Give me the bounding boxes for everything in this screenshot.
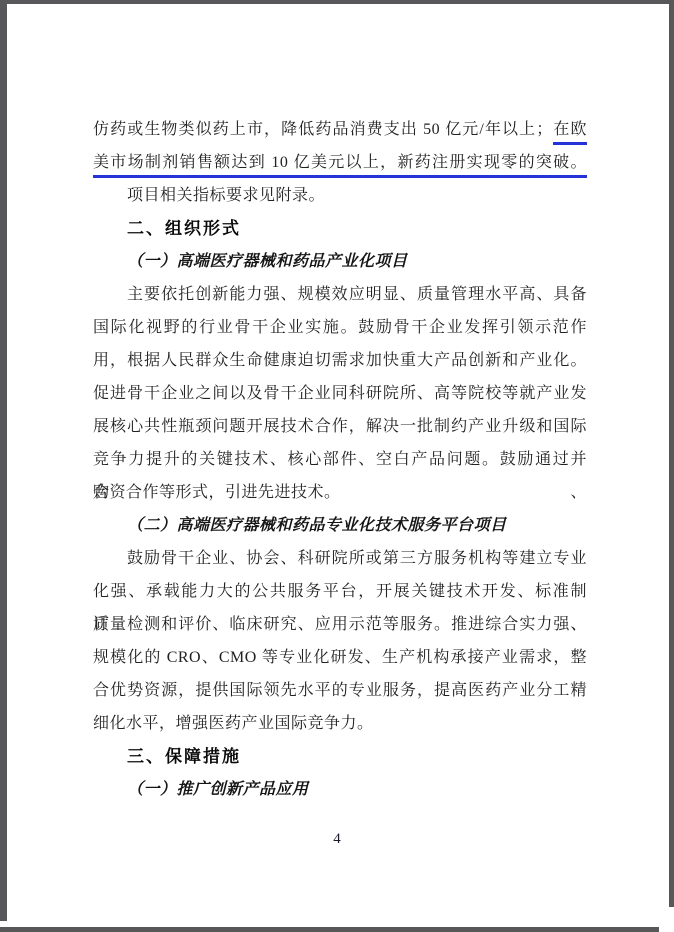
text-segment: 规模化的 CRO、CMO 等专业化研发、生产机构承接产业需求，整: [93, 649, 587, 666]
text-line: 美市场制剂销售额达到 10 亿美元以上，新药注册实现零的突破。: [93, 146, 587, 179]
subsection-heading: （一）推广创新产品应用: [93, 773, 587, 806]
section-heading: 三、保障措施: [93, 740, 587, 773]
scan-edge-right: [669, 0, 674, 907]
text-segment: 三、保障措施: [127, 747, 241, 766]
text-line: 国际化视野的行业骨干企业实施。鼓励骨干企业发挥引领示范作: [93, 311, 587, 344]
subsection-heading: （二）高端医疗器械和药品专业化技术服务平台项目: [93, 509, 587, 542]
text-segment: 促进骨干企业之间以及骨干企业同科研院所、高等院校等就产业发: [93, 385, 587, 402]
scan-edge-bottom: [0, 927, 659, 932]
text-line: 主要依托创新能力强、规模效应明显、质量管理水平高、具备: [93, 278, 587, 311]
section-heading: 二、组织形式: [93, 212, 587, 245]
text-segment: （二）高端医疗器械和药品专业化技术服务平台项目: [127, 517, 507, 534]
underlined-text: 美市场制剂销售额达到 10 亿美元以上，新药注册实现零的突破。: [93, 154, 587, 178]
text-line: 项目相关指标要求见附录。: [93, 179, 587, 212]
text-segment: （一）推广创新产品应用: [127, 781, 309, 798]
text-line: 展核心共性瓶颈问题开展技术合作，解决一批制约产业升级和国际: [93, 410, 587, 443]
text-line: 促进骨干企业之间以及骨干企业同科研院所、高等院校等就产业发: [93, 377, 587, 410]
text-line: 细化水平，增强医药产业国际竞争力。: [93, 707, 587, 740]
text-segment: 质量检测和评价、临床研究、应用示范等服务。推进综合实力强、: [93, 616, 587, 633]
document-content: 仿药或生物类似药上市，降低药品消费支出 50 亿元/年以上；在欧美市场制剂销售额…: [93, 113, 587, 806]
text-segment: 主要依托创新能力强、规模效应明显、质量管理水平高、具备: [127, 286, 587, 303]
page-number: 4: [0, 831, 674, 848]
scan-edge-top: [0, 0, 674, 4]
text-segment: 用，根据人民群众生命健康迫切需求加快重大产品创新和产业化。: [93, 352, 587, 369]
text-segment: 项目相关指标要求见附录。: [127, 187, 325, 204]
text-segment: 合资合作等形式，引进先进技术。: [93, 484, 341, 501]
text-line: 化强、承载能力大的公共服务平台，开展关键技术开发、标准制订、: [93, 575, 587, 608]
underlined-text: 在欧: [553, 121, 587, 145]
text-line: 用，根据人民群众生命健康迫切需求加快重大产品创新和产业化。: [93, 344, 587, 377]
text-line: 质量检测和评价、临床研究、应用示范等服务。推进综合实力强、: [93, 608, 587, 641]
text-segment: 合优势资源，提供国际领先水平的专业服务，提高医药产业分工精: [93, 682, 587, 699]
text-segment: 展核心共性瓶颈问题开展技术合作，解决一批制约产业升级和国际: [93, 418, 587, 435]
text-segment: （一）高端医疗器械和药品产业化项目: [127, 253, 408, 270]
text-segment: 二、组织形式: [127, 219, 241, 238]
text-line: 仿药或生物类似药上市，降低药品消费支出 50 亿元/年以上；在欧: [93, 113, 587, 146]
text-line: 鼓励骨干企业、协会、科研院所或第三方服务机构等建立专业: [93, 542, 587, 575]
document-page: 仿药或生物类似药上市，降低药品消费支出 50 亿元/年以上；在欧美市场制剂销售额…: [0, 0, 674, 932]
text-line: 竞争力提升的关键技术、核心部件、空白产品问题。鼓励通过并购、: [93, 443, 587, 476]
subsection-heading: （一）高端医疗器械和药品产业化项目: [93, 245, 587, 278]
scan-edge-left: [0, 0, 7, 921]
text-line: 规模化的 CRO、CMO 等专业化研发、生产机构承接产业需求，整: [93, 641, 587, 674]
text-segment: 细化水平，增强医药产业国际竞争力。: [93, 715, 374, 732]
text-segment: 鼓励骨干企业、协会、科研院所或第三方服务机构等建立专业: [127, 550, 587, 567]
text-segment: 仿药或生物类似药上市，降低药品消费支出 50 亿元/年以上；: [93, 121, 553, 138]
text-line: 合优势资源，提供国际领先水平的专业服务，提高医药产业分工精: [93, 674, 587, 707]
text-segment: 国际化视野的行业骨干企业实施。鼓励骨干企业发挥引领示范作: [93, 319, 587, 336]
